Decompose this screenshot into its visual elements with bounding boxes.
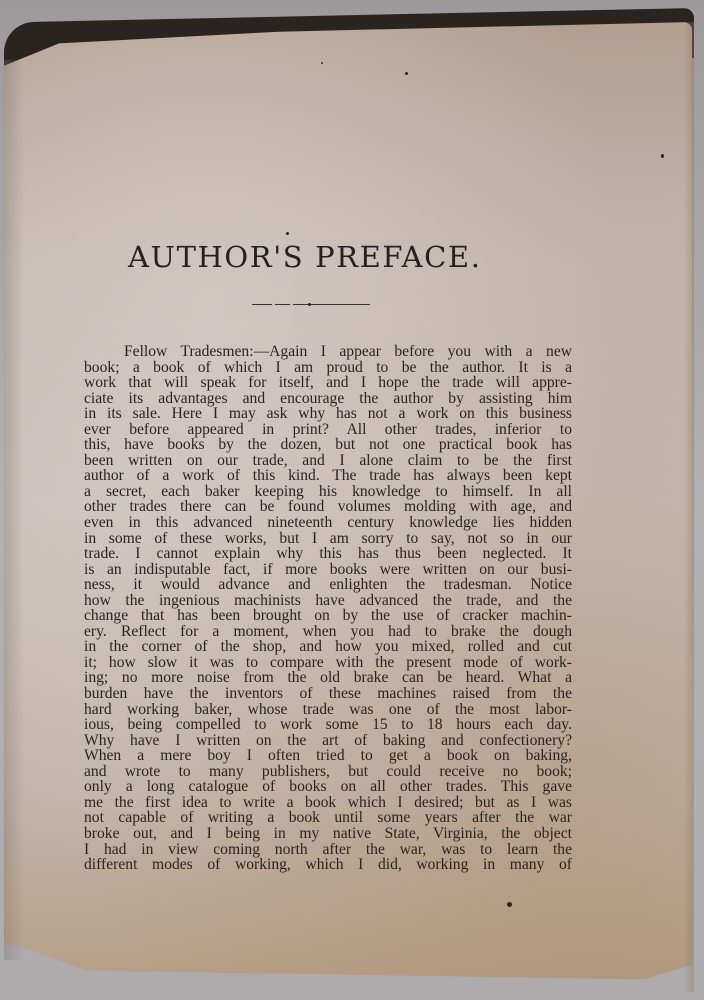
paper-speck (321, 62, 323, 64)
text-line: is an indisputable fact, if more books w… (84, 562, 572, 578)
text-line: work that will speak for itself, and I h… (84, 375, 572, 391)
text-line: in its sale. Here I may ask why has not … (84, 406, 572, 422)
text-line: ious, being compelled to work some 15 to… (84, 717, 572, 733)
text-line: broke out, and I being in my native Stat… (84, 826, 572, 842)
text-line: not capable of writing a book until some… (84, 810, 572, 826)
rule-center-dot (308, 303, 311, 306)
paper-speck (286, 232, 289, 235)
text-line: author of a work of this kind. The trade… (84, 468, 572, 484)
text-line: in some of these works, but I am sorry t… (84, 531, 572, 547)
text-line: When a mere boy I often tried to get a b… (84, 748, 572, 764)
paper-speck (405, 72, 408, 75)
text-line: in the corner of the shop, and how you m… (84, 639, 572, 655)
title-ornament-rule (252, 304, 370, 305)
text-line: burden have the inventors of these machi… (84, 686, 572, 702)
rule-gap (272, 303, 275, 306)
text-line: a secret, each baker keeping his knowled… (84, 484, 572, 500)
text-line: ever before appeared in print? All other… (84, 422, 572, 438)
text-line: Fellow Tradesmen:—Again I appear before … (84, 344, 572, 360)
rule-gap (290, 303, 293, 306)
text-line: ciate its advantages and encourage the a… (84, 391, 572, 407)
text-line: how the ingenious machinists have advanc… (84, 593, 572, 609)
text-line: been written on our trade, and I alone c… (84, 453, 572, 469)
text-line: Why have I written on the art of baking … (84, 733, 572, 749)
page-right-edge (684, 22, 694, 992)
page-title: AUTHOR'S PREFACE. (100, 240, 648, 274)
text-line: ery. Reflect for a moment, when you had … (84, 624, 572, 640)
paper-speck (507, 902, 512, 907)
text-line: trade. I cannot explain why this has thu… (84, 546, 572, 562)
text-line: and wrote to many publishers, but could … (84, 764, 572, 780)
text-line: me the first idea to write a book which … (84, 795, 572, 811)
text-line: different modes of working, which I did,… (84, 857, 572, 873)
text-line: it; how slow it was to compare with the … (84, 655, 572, 671)
text-line: book; a book of which I am proud to be t… (84, 360, 572, 376)
text-line: even in this advanced nineteenth century… (84, 515, 572, 531)
text-line: only a long catalogue of books on all ot… (84, 779, 572, 795)
paper-speck (661, 154, 664, 158)
text-line: change that has been brought on by the u… (84, 608, 572, 624)
text-line: ness, it would advance and enlighten the… (84, 577, 572, 593)
text-line: I had in view coming north after the war… (84, 842, 572, 858)
text-line: hard working baker, whose trade was one … (84, 702, 572, 718)
page-gutter-shadow (4, 60, 24, 960)
text-line: other trades there can be found volumes … (84, 499, 572, 515)
text-line: ing; no more noise from the old brake ca… (84, 670, 572, 686)
text-line: this, have books by the dozen, but not o… (84, 437, 572, 453)
preface-paragraph: Fellow Tradesmen:—Again I appear before … (84, 344, 572, 873)
